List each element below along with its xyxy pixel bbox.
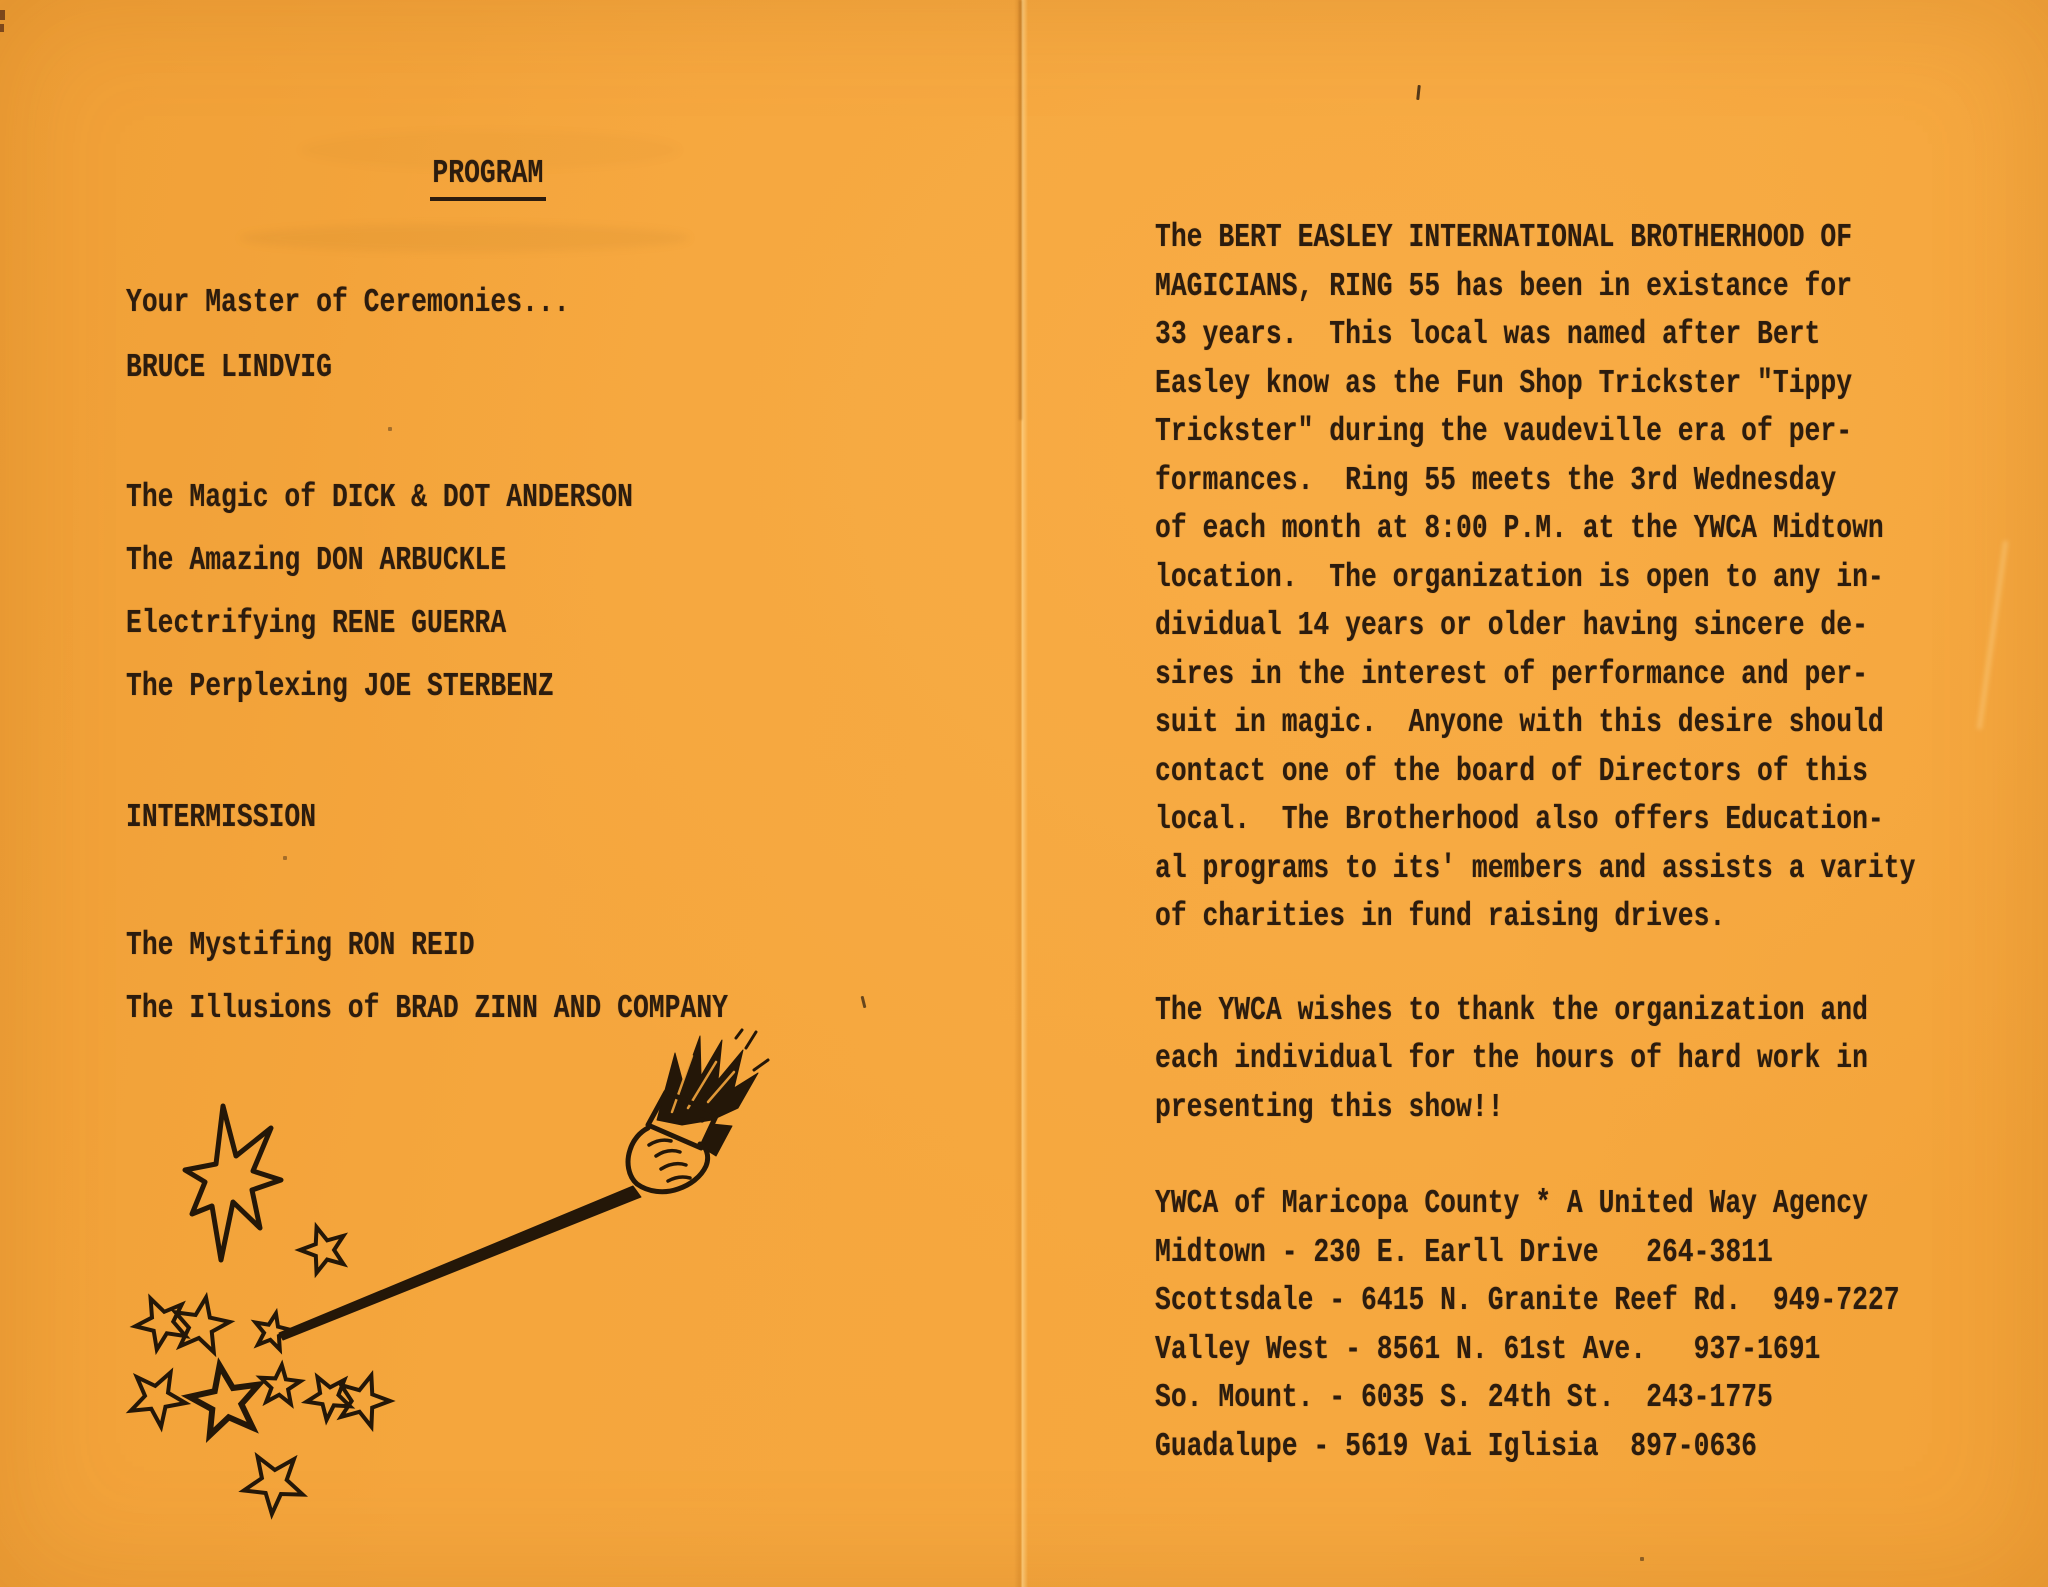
ink-speck xyxy=(283,856,287,860)
about-line: Trickster" during the vaudeville era of … xyxy=(1155,415,1852,448)
star-icon xyxy=(185,1359,266,1437)
about-line: dividual 14 years or older having sincer… xyxy=(1155,609,1868,642)
directory-line: Scottsdale - 6415 N. Granite Reef Rd. 94… xyxy=(1155,1284,1900,1317)
ink-speck xyxy=(1416,85,1421,100)
ink-speck xyxy=(388,427,392,431)
thanks-line: presenting this show!! xyxy=(1155,1091,1504,1124)
about-line: Easley know as the Fun Shop Trickster "T… xyxy=(1155,367,1852,400)
act-line: The Mystifing RON REID xyxy=(126,929,475,962)
wand-spark-stray-lines xyxy=(736,1030,768,1070)
scanned-program-sheet: PROGRAM Your Master of Ceremonies... BRU… xyxy=(0,0,2048,1587)
act-line: The Amazing DON ARBUCKLE xyxy=(126,544,506,577)
about-line: of charities in fund raising drives. xyxy=(1155,900,1725,933)
about-line: al programs to its' members and assists … xyxy=(1155,852,1915,885)
act-line: The Magic of DICK & DOT ANDERSON xyxy=(126,481,633,514)
ink-speck xyxy=(1640,1557,1644,1561)
ink-speck xyxy=(861,996,867,1008)
directory-header-line: YWCA of Maricopa County * A United Way A… xyxy=(1155,1187,1868,1220)
thanks-line: The YWCA wishes to thank the organizatio… xyxy=(1155,994,1868,1027)
emcee-name: BRUCE LINDVIG xyxy=(126,351,332,384)
intermission-label: INTERMISSION xyxy=(126,801,316,834)
about-line: sires in the interest of performance and… xyxy=(1155,658,1868,691)
program-title: PROGRAM xyxy=(430,157,546,201)
about-line: of each month at 8:00 P.M. at the YWCA M… xyxy=(1155,512,1884,545)
magic-wand-stars-icon xyxy=(100,1028,800,1585)
star-icon xyxy=(259,1363,302,1404)
about-line: 33 years. This local was named after Ber… xyxy=(1155,318,1820,351)
about-line: MAGICIANS, RING 55 has been in existance… xyxy=(1155,270,1852,303)
page-fold-crease-shadow xyxy=(1019,0,1022,420)
about-line: local. The Brotherhood also offers Educa… xyxy=(1155,803,1884,836)
cuff-button xyxy=(699,1117,704,1122)
directory-line: So. Mount. - 6035 S. 24th St. 243-1775 xyxy=(1155,1381,1773,1414)
directory-line: Valley West - 8561 N. 61st Ave. 937-1691 xyxy=(1155,1333,1820,1366)
scan-edge-mark xyxy=(0,10,5,20)
fingers xyxy=(649,1140,690,1181)
star-icon xyxy=(235,1440,316,1521)
paper-wrinkle xyxy=(1977,541,2008,730)
scan-edge-mark xyxy=(0,24,4,32)
thanks-line: each individual for the hours of hard wo… xyxy=(1155,1042,1868,1075)
act-line: The Illusions of BRAD ZINN AND COMPANY xyxy=(126,992,728,1025)
star-icon xyxy=(185,1106,281,1260)
act-line: Electrifying RENE GUERRA xyxy=(126,607,506,640)
about-line: location. The organization is open to an… xyxy=(1155,561,1884,594)
about-line: formances. Ring 55 meets the 3rd Wednesd… xyxy=(1155,464,1836,497)
emcee-intro-line: Your Master of Ceremonies... xyxy=(126,286,570,319)
directory-line: Midtown - 230 E. Earll Drive 264-3811 xyxy=(1155,1236,1773,1269)
ink-bleed-smudge xyxy=(240,224,690,252)
star-icon xyxy=(295,1220,352,1275)
act-line: The Perplexing JOE STERBENZ xyxy=(126,670,554,703)
about-line: suit in magic. Anyone with this desire s… xyxy=(1155,706,1884,739)
about-line: contact one of the board of Directors of… xyxy=(1155,755,1868,788)
star-icon xyxy=(170,1293,233,1354)
about-line: The BERT EASLEY INTERNATIONAL BROTHERHOO… xyxy=(1155,221,1852,254)
directory-line: Guadalupe - 5619 Vai Iglisia 897-0636 xyxy=(1155,1430,1757,1463)
hand-icon xyxy=(628,1030,768,1192)
ink-speck xyxy=(327,303,331,307)
